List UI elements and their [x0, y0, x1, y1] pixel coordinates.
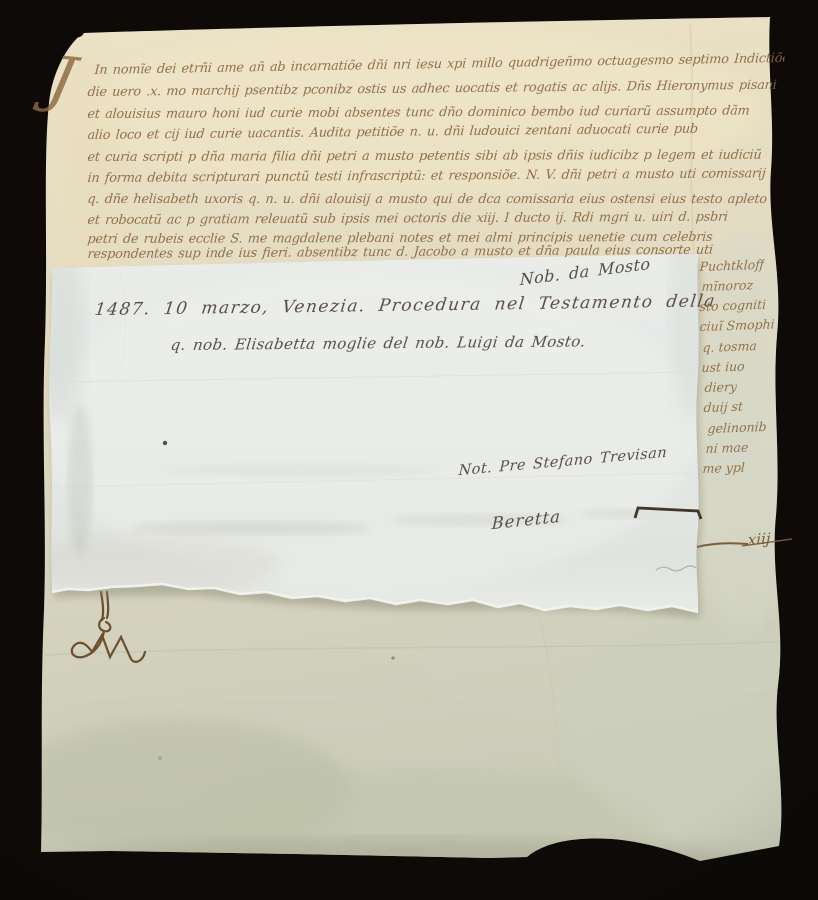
- manuscript-photograph: J In nomĩe dei etrñi ame añ ab incarnati…: [0, 0, 818, 900]
- manuscript-line-fragment: ni mae: [705, 441, 748, 457]
- manuscript-line: q. dñe helisabeth uxoris q. n. u. dñi al…: [87, 193, 768, 207]
- slip-summary-line2: q. nob. Elisabetta moglie del nob. Luigi…: [170, 332, 587, 354]
- manuscript-line-fragment: ust iuo: [701, 359, 745, 375]
- manuscript-line-fragment: diery: [704, 380, 737, 395]
- manuscript-bottom-fragment: xiij: [748, 529, 771, 549]
- manuscript-line-fragment: q. tosma: [702, 339, 757, 355]
- manuscript-line-fragment: gelinonib: [707, 420, 767, 436]
- manuscript-line-fragment: duij st: [703, 400, 743, 415]
- manuscript-line-fragment: Puchtkloff: [699, 258, 764, 274]
- paper-speck: [163, 441, 167, 445]
- manuscript-line: et curia scripti p dña maria filia dñi p…: [87, 149, 762, 165]
- parchment-notch: [70, 23, 85, 38]
- manuscript-line-fragment: me ypl: [702, 461, 745, 477]
- manuscript-line-fragment: ciuĩ Smophi: [699, 317, 775, 334]
